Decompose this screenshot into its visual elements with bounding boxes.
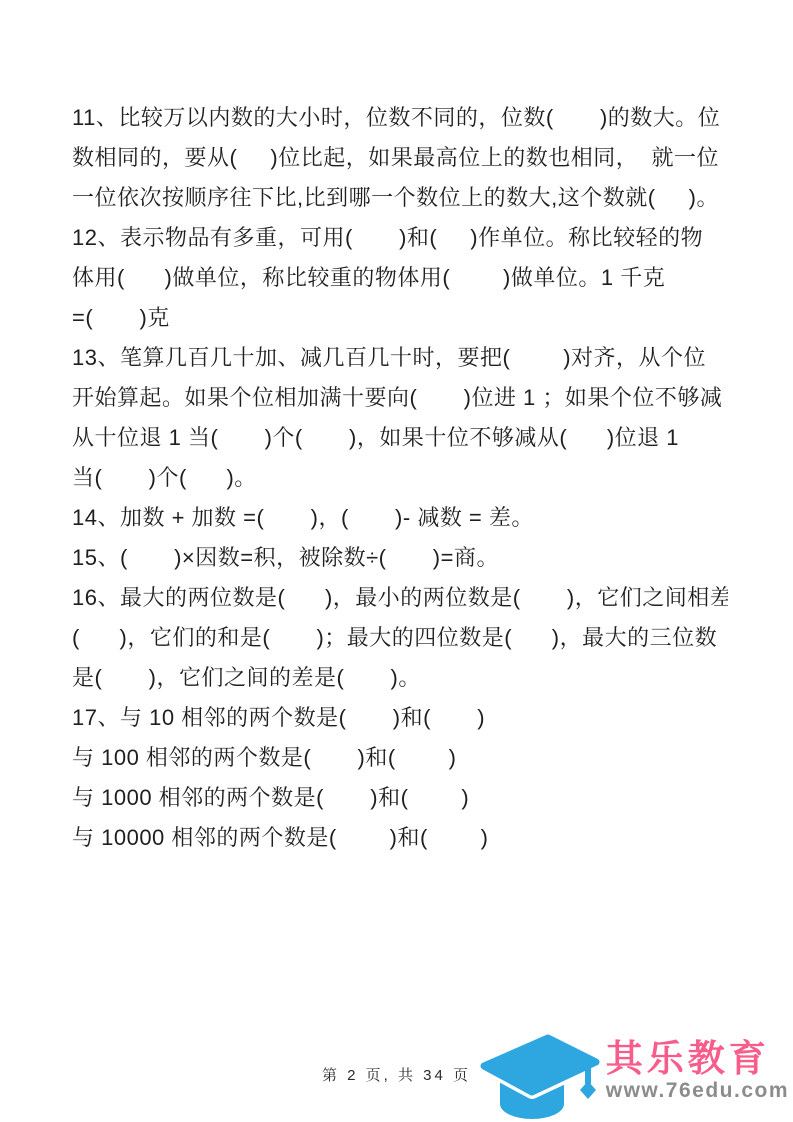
question-line: 当( )个( )。: [72, 458, 728, 498]
question-line: 11、比较万以内数的大小时，位数不同的，位数( )的数大。位: [72, 98, 728, 138]
question-12: 12、表示物品有多重，可用( )和( )作单位。称比较轻的物 体用( )做单位，…: [72, 218, 728, 338]
question-line: 体用( )做单位，称比较重的物体用( )做单位。1 千克: [72, 258, 728, 298]
question-line: 是( )，它们之间的差是( )。: [72, 658, 728, 698]
question-line: 16、最大的两位数是( )，最小的两位数是( )，它们之间相差: [72, 578, 728, 618]
question-17: 17、与 10 相邻的两个数是( )和( ) 与 100 相邻的两个数是( )和…: [72, 698, 728, 858]
question-line: =( )克: [72, 298, 728, 338]
brand-name: 其乐教育: [606, 1040, 789, 1079]
question-line: 13、笔算几百几十加、减几百几十时，要把( )对齐，从个位: [72, 338, 728, 378]
question-line: 开始算起。如果个位相加满十要向( )位进 1 ；如果个位不够减: [72, 378, 728, 418]
question-list: 11、比较万以内数的大小时，位数不同的，位数( )的数大。位 数相同的，要从( …: [72, 98, 728, 858]
question-line: 与 100 相邻的两个数是( )和( ): [72, 738, 728, 778]
worksheet-page: 11、比较万以内数的大小时，位数不同的，位数( )的数大。位 数相同的，要从( …: [0, 0, 793, 1122]
question-11: 11、比较万以内数的大小时，位数不同的，位数( )的数大。位 数相同的，要从( …: [72, 98, 728, 218]
brand-text-block: 其乐教育 www.76edu.com: [606, 1040, 789, 1108]
brand-website: www.76edu.com: [606, 1079, 789, 1102]
question-line: 12、表示物品有多重，可用( )和( )作单位。称比较轻的物: [72, 218, 728, 258]
question-15: 15、( )×因数=积，被除数÷( )=商。: [72, 538, 728, 578]
question-line: 17、与 10 相邻的两个数是( )和( ): [72, 698, 728, 738]
question-line: 从十位退 1 当( )个( )，如果十位不够减从( )位退 1: [72, 418, 728, 458]
question-line: 15、( )×因数=积，被除数÷( )=商。: [72, 538, 728, 578]
question-line: 一位依次按顺序往下比,比到哪一个数位上的数大,这个数就( )。: [72, 178, 728, 218]
question-line: 与 1000 相邻的两个数是( )和( ): [72, 778, 728, 818]
question-13: 13、笔算几百几十加、减几百几十时，要把( )对齐，从个位 开始算起。如果个位相…: [72, 338, 728, 498]
question-line: ( )，它们的和是( )；最大的四位数是( )，最大的三位数: [72, 618, 728, 658]
question-16: 16、最大的两位数是( )，最小的两位数是( )，它们之间相差 ( )，它们的和…: [72, 578, 728, 698]
question-line: 与 10000 相邻的两个数是( )和( ): [72, 818, 728, 858]
question-line: 数相同的，要从( )位比起，如果最高位上的数也相同， 就一位: [72, 138, 728, 178]
question-line: 14、加数 + 加数 =( )，( )- 减数 = 差。: [72, 498, 728, 538]
graduation-cap-icon: [476, 1026, 606, 1122]
brand-logo: 其乐教育 www.76edu.com: [476, 1026, 789, 1122]
question-14: 14、加数 + 加数 =( )，( )- 减数 = 差。: [72, 498, 728, 538]
